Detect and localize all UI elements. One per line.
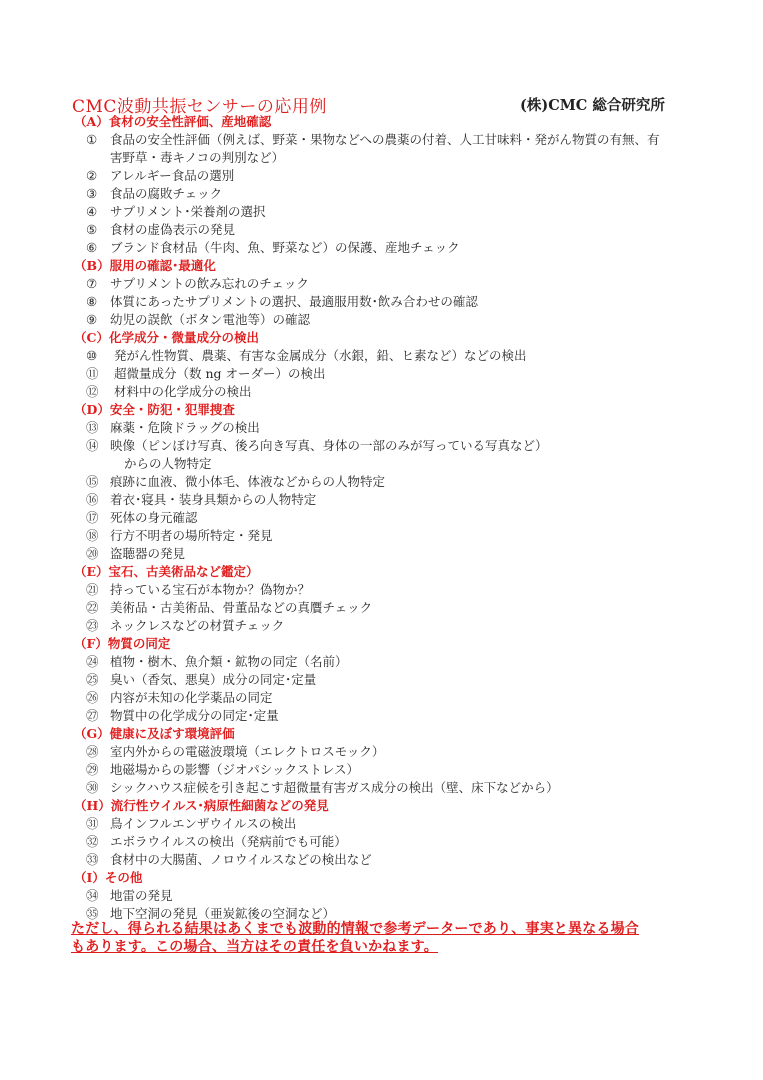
- item-text: 食材中の大腸菌、ノロウイルスなどの検出など: [110, 852, 372, 867]
- list-item: ⑳盗聴器の発見: [72, 545, 702, 563]
- item-text: 食材の虚偽表示の発見: [110, 222, 235, 237]
- item-number: ⑨: [86, 311, 110, 329]
- list-item: ①食品の安全性評価（例えば、野菜・果物などへの農薬の付着、人工甘味料・発がん物質…: [72, 131, 702, 149]
- item-number: ⑳: [86, 545, 110, 563]
- section-heading: （A）食材の安全性評価、産地確認: [72, 113, 702, 131]
- item-text: 持っている宝石が本物か？偽物か？: [110, 582, 310, 597]
- item-number: ⑫: [86, 383, 110, 401]
- section-heading: （E）宝石、古美術品など鑑定）: [72, 563, 702, 581]
- list-item: ⑤食材の虚偽表示の発見: [72, 221, 702, 239]
- item-text: 食品の腐敗チェック: [110, 186, 222, 201]
- item-number: ㉘: [86, 743, 110, 761]
- item-number: ③: [86, 185, 110, 203]
- section-heading: （B）服用の確認･最適化: [72, 257, 702, 275]
- item-text: 盗聴器の発見: [110, 546, 185, 561]
- item-number: ⑱: [86, 527, 110, 545]
- item-number: ⑦: [86, 275, 110, 293]
- item-number: ⑪: [86, 365, 110, 383]
- item-text: 美術品・古美術品、骨董品などの真贋チェック: [110, 600, 372, 615]
- organization-name: (株)CMC 総合研究所: [520, 94, 665, 115]
- item-number: ㉓: [86, 617, 110, 635]
- item-text: 死体の身元確認: [110, 510, 198, 525]
- list-item: ⑱行方不明者の場所特定・発見: [72, 527, 702, 545]
- item-text: 地磁場からの影響（ジオパシックストレス）: [110, 762, 359, 777]
- document-page: CMC波動共振センサーの応用例 (株)CMC 総合研究所 （A）食材の安全性評価…: [0, 0, 763, 1080]
- item-text: エボラウイルスの検出（発病前でも可能）: [110, 834, 347, 849]
- list-item: ⑮痕跡に血液、微小体毛、体液などからの人物特定: [72, 473, 702, 491]
- item-text: アレルギー食品の選別: [110, 168, 234, 183]
- list-item: ㉙地磁場からの影響（ジオパシックストレス）: [72, 761, 702, 779]
- item-text: シックハウス症候を引き起こす超微量有害ガス成分の検出（壁、床下などから）: [110, 780, 559, 795]
- item-text: 着衣･寝具・装身具類からの人物特定: [110, 492, 316, 507]
- list-item: ㉔植物・樹木、魚介類・鉱物の同定（名前）: [72, 653, 702, 671]
- disclaimer-line-2: もあります。この場合、当方はその責任を負いかねます。: [71, 938, 701, 956]
- item-text: 物質中の化学成分の同定･定量: [110, 708, 279, 723]
- item-number: ⑮: [86, 473, 110, 491]
- list-item: ④サプリメント･栄養剤の選択: [72, 203, 702, 221]
- list-item: ㉚シックハウス症候を引き起こす超微量有害ガス成分の検出（壁、床下などから）: [72, 779, 702, 797]
- item-number: ⑥: [86, 239, 110, 257]
- item-number: ⑯: [86, 491, 110, 509]
- list-item: ⑫ 材料中の化学成分の検出: [72, 383, 702, 401]
- item-text: サプリメントの飲み忘れのチェック: [110, 276, 309, 291]
- list-item: ⑨幼児の誤飲（ボタン電池等）の確認: [72, 311, 702, 329]
- list-item: ②アレルギー食品の選別: [72, 167, 702, 185]
- list-item: ⑰死体の身元確認: [72, 509, 702, 527]
- item-text: 麻薬・危険ドラッグの検出: [110, 420, 260, 435]
- section-heading: （C）化学成分・微量成分の検出: [72, 329, 702, 347]
- section-heading: （H）流行性ウイルス･病原性細菌などの発見: [72, 797, 702, 815]
- item-number: ④: [86, 203, 110, 221]
- item-text: ネックレスなどの材質チェック: [110, 618, 284, 633]
- list-item: ㉞地雷の発見: [72, 887, 702, 905]
- item-number: ㉞: [86, 887, 110, 905]
- item-number: ⑰: [86, 509, 110, 527]
- list-item: ⑦サプリメントの飲み忘れのチェック: [72, 275, 702, 293]
- list-item: ㉓ネックレスなどの材質チェック: [72, 617, 702, 635]
- disclaimer-line-1: ただし、得られる結果はあくまでも波動的情報で参考データーであり、事実と異なる場合: [71, 920, 701, 938]
- item-number: ⑭: [86, 437, 110, 455]
- item-text: 行方不明者の場所特定・発見: [110, 528, 273, 543]
- disclaimer: ただし、得られる結果はあくまでも波動的情報で参考データーであり、事実と異なる場合…: [71, 920, 701, 956]
- list-item: ㉘室内外からの電磁波環境（エレクトロスモック）: [72, 743, 702, 761]
- item-text: 超微量成分（数 ng オーダー）の検出: [110, 366, 325, 381]
- item-number: ⑩: [86, 347, 110, 365]
- item-text: 痕跡に血液、微小体毛、体液などからの人物特定: [110, 474, 385, 489]
- item-number: ㉑: [86, 581, 110, 599]
- title-row: CMC波動共振センサーの応用例 (株)CMC 総合研究所: [72, 92, 692, 114]
- item-text: 映像（ピンぼけ写真、後ろ向き写真、身体の一部のみが写っている写真など）: [110, 438, 548, 453]
- list-item: ⑭映像（ピンぼけ写真、後ろ向き写真、身体の一部のみが写っている写真など）: [72, 437, 702, 455]
- item-number: ㉛: [86, 815, 110, 833]
- item-text: 臭い（香気、悪臭）成分の同定･定量: [110, 672, 316, 687]
- item-number: ⑬: [86, 419, 110, 437]
- section-heading: （G）健康に及ぼす環境評価: [72, 725, 702, 743]
- item-number: ㉙: [86, 761, 110, 779]
- item-number: ㉕: [86, 671, 110, 689]
- item-text: 発がん性物質、農薬、有害な金属成分（水銀，鉛、ヒ素など）などの検出: [110, 348, 526, 363]
- item-number: ㉝: [86, 851, 110, 869]
- list-item: ③食品の腐敗チェック: [72, 185, 702, 203]
- list-item: ⑧体質にあったサプリメントの選択、最適服用数･飲み合わせの確認: [72, 293, 702, 311]
- item-text: 地下空洞の発見（亜炭鉱後の空洞など）: [110, 906, 335, 921]
- list-item: ⑪ 超微量成分（数 ng オーダー）の検出: [72, 365, 702, 383]
- section-heading: （F）物質の同定: [72, 635, 702, 653]
- item-text: ブランド食材品（牛肉、魚、野菜など）の保護、産地チェック: [110, 240, 460, 255]
- item-number: ①: [86, 131, 110, 149]
- item-number: ②: [86, 167, 110, 185]
- list-item: ⑩ 発がん性物質、農薬、有害な金属成分（水銀，鉛、ヒ素など）などの検出: [72, 347, 702, 365]
- item-text: 食品の安全性評価（例えば、野菜・果物などへの農薬の付着、人工甘味料・発がん物質の…: [110, 132, 660, 147]
- item-text: サプリメント･栄養剤の選択: [110, 204, 266, 219]
- item-number: ⑤: [86, 221, 110, 239]
- list-item: ㉒美術品・古美術品、骨董品などの真贋チェック: [72, 599, 702, 617]
- item-number: ⑧: [86, 293, 110, 311]
- item-text: 材料中の化学成分の検出: [110, 384, 251, 399]
- section-heading: （I）その他: [72, 869, 702, 887]
- item-text: 地雷の発見: [110, 888, 173, 903]
- item-number: ㉜: [86, 833, 110, 851]
- list-item: ㉖内容が未知の化学薬品の同定: [72, 689, 702, 707]
- item-number: ㉗: [86, 707, 110, 725]
- applications-list: （A）食材の安全性評価、産地確認①食品の安全性評価（例えば、野菜・果物などへの農…: [72, 113, 702, 923]
- list-item: ⑥ブランド食材品（牛肉、魚、野菜など）の保護、産地チェック: [72, 239, 702, 257]
- item-text: 植物・樹木、魚介類・鉱物の同定（名前）: [110, 654, 348, 669]
- section-heading: （D）安全・防犯・犯罪捜査: [72, 401, 702, 419]
- list-item: ⑬麻薬・危険ドラッグの検出: [72, 419, 702, 437]
- list-item: ㉜エボラウイルスの検出（発病前でも可能）: [72, 833, 702, 851]
- list-item-continuation: 害野草・毒キノコの判別など）: [72, 149, 702, 167]
- item-text: 体質にあったサプリメントの選択、最適服用数･飲み合わせの確認: [110, 294, 478, 309]
- list-item: ⑯着衣･寝具・装身具類からの人物特定: [72, 491, 702, 509]
- item-number: ㉒: [86, 599, 110, 617]
- list-item: ㉝食材中の大腸菌、ノロウイルスなどの検出など: [72, 851, 702, 869]
- list-item: ㉗物質中の化学成分の同定･定量: [72, 707, 702, 725]
- item-text: 鳥インフルエンザウイルスの検出: [110, 816, 296, 831]
- item-text: 内容が未知の化学薬品の同定: [110, 690, 273, 705]
- list-item-continuation: からの人物特定: [72, 455, 702, 473]
- list-item: ㉑持っている宝石が本物か？偽物か？: [72, 581, 702, 599]
- item-number: ㉚: [86, 779, 110, 797]
- item-number: ㉔: [86, 653, 110, 671]
- list-item: ㉛鳥インフルエンザウイルスの検出: [72, 815, 702, 833]
- list-item: ㉕臭い（香気、悪臭）成分の同定･定量: [72, 671, 702, 689]
- item-text: 幼児の誤飲（ボタン電池等）の確認: [110, 312, 310, 327]
- item-number: ㉖: [86, 689, 110, 707]
- item-text: 室内外からの電磁波環境（エレクトロスモック）: [110, 744, 384, 759]
